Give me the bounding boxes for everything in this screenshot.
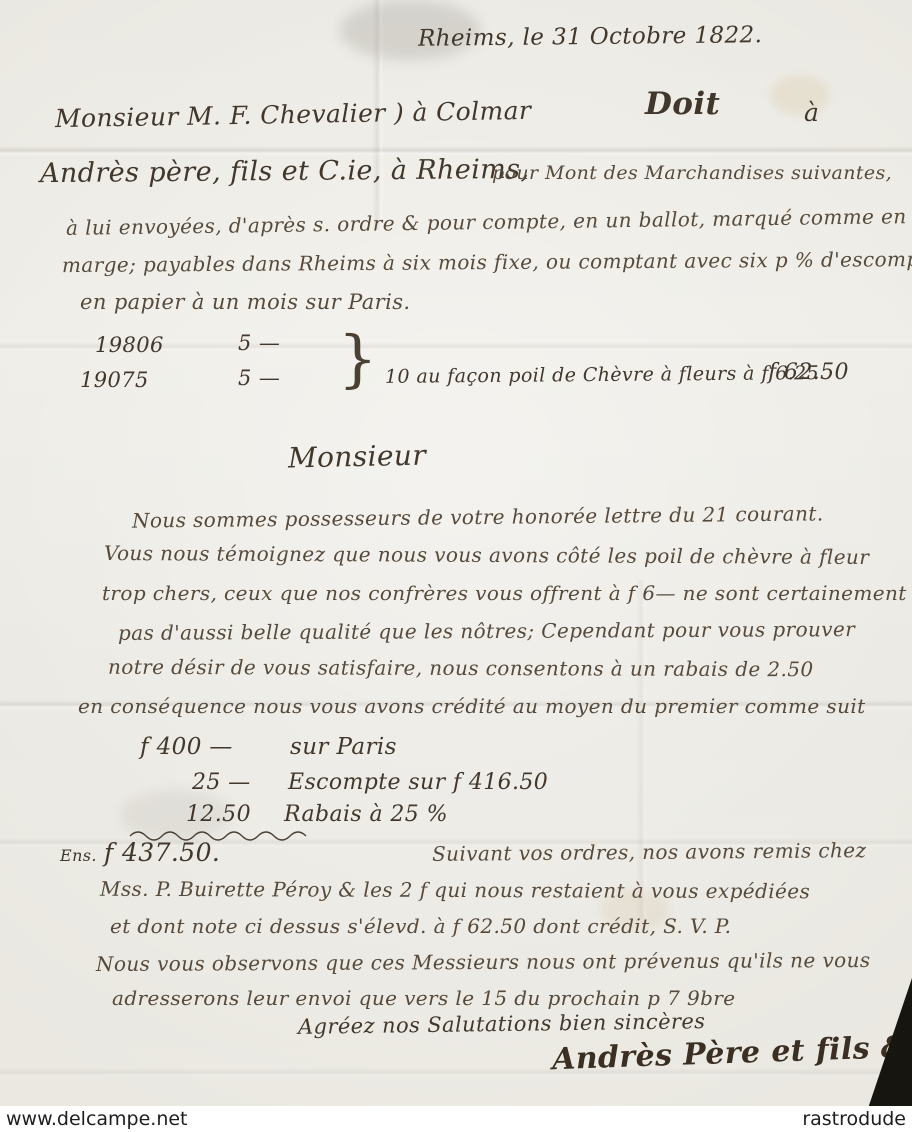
- closing-line: Agréez nos Salutations bien sincères: [298, 1009, 706, 1039]
- place-date: Rheims, le 31 Octobre 1822.: [418, 22, 763, 52]
- account-label: Escompte sur f 416.50: [288, 770, 548, 795]
- account-amount: 12.50: [186, 802, 251, 827]
- item-ref: 19075: [80, 368, 149, 392]
- fold-line: [0, 1068, 912, 1078]
- total-amount: f 437.50.: [104, 838, 220, 867]
- paper-stain: [770, 75, 830, 115]
- watermark-left: www.delcampe.net: [6, 1108, 188, 1130]
- account-label: Rabais à 25 %: [284, 802, 448, 827]
- item-amount: f 62.50: [768, 360, 849, 385]
- body-line: en conséquence nous vous avons crédité a…: [78, 694, 866, 718]
- addressee-line: Monsieur M. F. Chevalier ) à Colmar: [55, 96, 532, 133]
- para3-line: adresserons leur envoi que vers le 15 du…: [112, 986, 735, 1010]
- para3-line: Nous vous observons que ces Messieurs no…: [96, 948, 871, 976]
- body-line: pas d'aussi belle qualité que les nôtres…: [118, 617, 855, 645]
- body-line: Vous nous témoignez que nous vous avons …: [104, 541, 869, 569]
- body-line: trop chers, ceux que nos confrères vous …: [102, 581, 907, 605]
- body-line: notre désir de vous satisfaire, nous con…: [108, 655, 814, 681]
- item-qty: 5 —: [238, 366, 280, 390]
- signature: Andrès Père et fils &: [551, 1030, 908, 1077]
- doit-label: Doit: [645, 86, 720, 122]
- firm-line-suffix: pour Mont des Marchandises suivantes,: [492, 162, 892, 184]
- account-amount: 25 —: [192, 770, 251, 795]
- items-brace: }: [338, 322, 378, 395]
- account-amount: f 400 —: [140, 734, 233, 760]
- item-qty: 5 —: [238, 331, 280, 355]
- terms-line: en papier à un mois sur Paris.: [80, 290, 410, 314]
- para2-line: Suivant vos ordres, nos avons remis chez: [432, 838, 867, 866]
- item-ref: 19806: [95, 333, 164, 357]
- watermark-strip: www.delcampe.net rastrodude: [0, 1106, 912, 1132]
- watermark-right: rastrodude: [802, 1108, 906, 1130]
- salutation: Monsieur: [288, 439, 427, 475]
- doit-a-label: à: [804, 98, 819, 127]
- para2-line: et dont note ci dessus s'élevd. à f 62.5…: [110, 914, 731, 938]
- item-description: 10 au façon poil de Chèvre à fleurs à f …: [385, 362, 819, 388]
- scanned-letter: Rheims, le 31 Octobre 1822. Monsieur M. …: [0, 0, 912, 1132]
- terms-line: à lui envoyées, d'après s. ordre & pour …: [66, 204, 907, 240]
- terms-line: marge; payables dans Rheims à six mois f…: [62, 247, 912, 277]
- account-label: sur Paris: [290, 734, 397, 760]
- total-prefix: Ens.: [60, 846, 97, 865]
- para2-line: Mss. P. Buirette Péroy & les 2 f qui nou…: [100, 877, 810, 903]
- firm-line: Andrès père, fils et C.ie, à Rheims,: [40, 154, 530, 189]
- body-line: Nous sommes possesseurs de votre honorée…: [132, 501, 824, 532]
